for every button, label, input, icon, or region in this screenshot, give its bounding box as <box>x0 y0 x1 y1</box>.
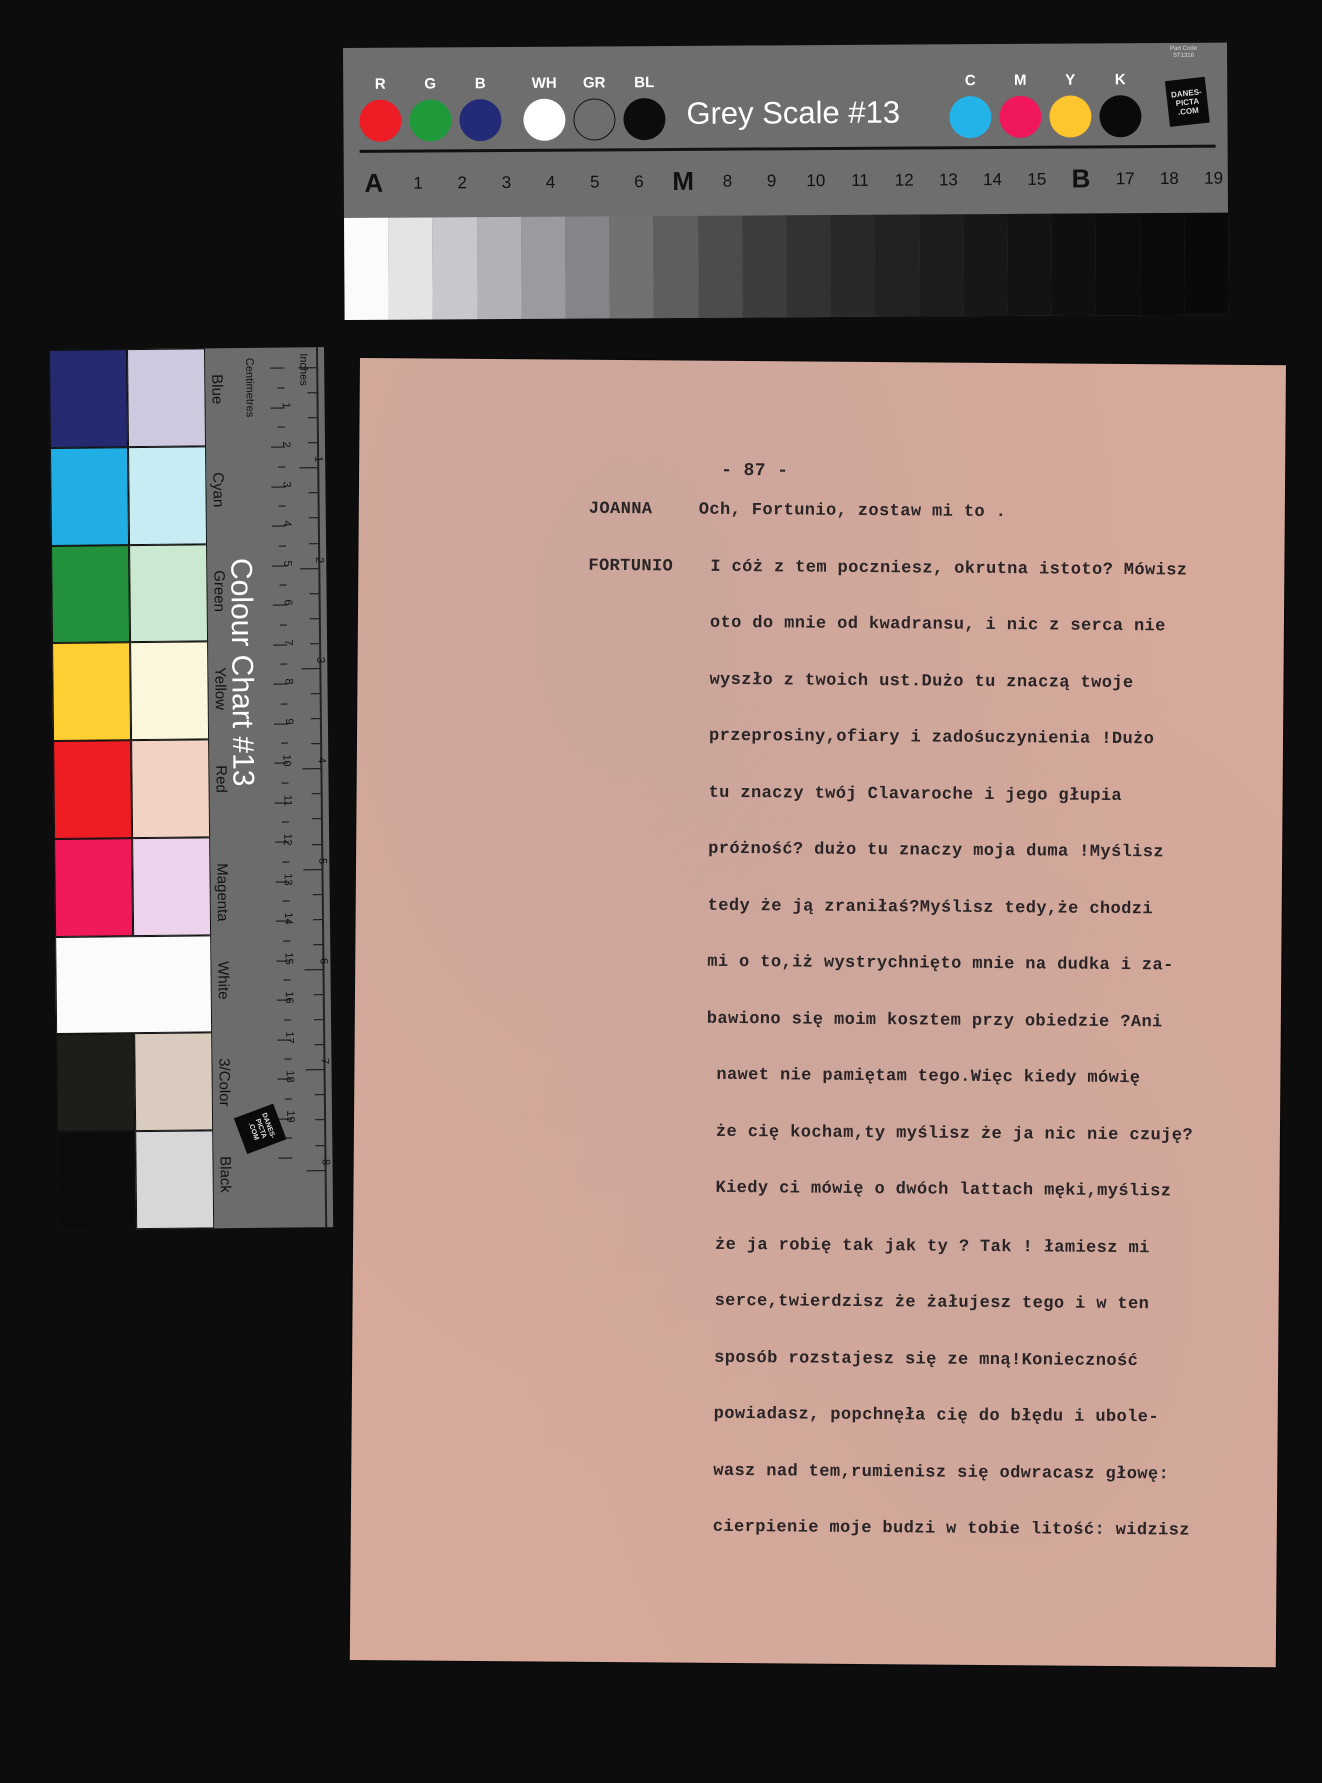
cm-tick-label: 13 <box>281 873 293 885</box>
patch-cyan-dark <box>50 447 129 546</box>
color-dot-label: GR <box>569 74 619 91</box>
grey-step <box>388 217 433 319</box>
ruler-tick <box>279 506 286 507</box>
ruler-tick <box>278 1157 292 1158</box>
ruler-tick <box>283 940 290 941</box>
step-label: 10 <box>794 171 838 191</box>
patch-blue-light <box>127 348 206 447</box>
dialogue-line: oto do mnie od kwadransu, i nic z serca … <box>710 614 1166 637</box>
typewritten-page: - 87 - JOANNAOch, Fortunio, zostaw mi to… <box>350 358 1286 1667</box>
cm-tick-label: 8 <box>282 678 294 684</box>
ruler-tick <box>304 969 322 970</box>
cm-tick-label: 6 <box>282 599 294 605</box>
ruler-tick <box>280 624 287 625</box>
patch-magenta-light <box>132 837 211 936</box>
ruler-tick <box>301 668 319 669</box>
dialogue-line: przeprosiny,ofiary i zadośuczynienia !Du… <box>709 727 1154 749</box>
danes-picta-logo: DANES-PICTA .COM <box>234 1104 287 1154</box>
grey-step <box>919 214 964 316</box>
patch-red-light <box>131 739 210 838</box>
ruler-tick <box>308 417 317 418</box>
dialogue-line: bawiono się moim kosztem przy obiedzie ?… <box>707 1009 1163 1032</box>
ruler-tick <box>282 782 289 783</box>
step-label: 17 <box>1103 169 1147 189</box>
grey-step <box>874 214 919 316</box>
dialogue-line: sposób rozstajesz się ze mną!Konieczność <box>714 1348 1138 1370</box>
unit-centimetres: Centimetres <box>243 358 256 417</box>
ruler-tick <box>298 367 316 368</box>
grey-step <box>963 214 1008 316</box>
dialogue-line: próżność? dużo tu znaczy moja duma !Myśl… <box>708 840 1164 863</box>
step-label: 6 <box>617 172 661 192</box>
grey-step <box>786 215 831 317</box>
ruler-tick <box>278 427 285 428</box>
color-dot-m <box>999 96 1041 138</box>
danes-picta-logo: DANES-PICTA .COM <box>1165 77 1210 127</box>
ruler-tick <box>285 1098 292 1099</box>
ruler-tick <box>307 1170 325 1171</box>
ruler-tick <box>279 585 286 586</box>
step-label: 12 <box>882 170 926 190</box>
step-label: 14 <box>971 170 1015 190</box>
ruler-tick <box>280 664 287 665</box>
ruler-tick <box>313 919 322 920</box>
cm-tick-label: 1 <box>279 402 291 408</box>
color-dot-label: BL <box>619 74 669 91</box>
cm-tick-label: 12 <box>281 833 293 845</box>
color-dot-wh <box>523 99 565 141</box>
color-dot-label: Y <box>1045 71 1095 88</box>
patch-3-color-dark <box>56 1034 135 1133</box>
ruler-tick <box>282 822 289 823</box>
ruler-tick <box>312 819 321 820</box>
step-labels: A123456M89101112131415B171819 <box>356 169 1216 204</box>
ruler-tick <box>281 743 288 744</box>
color-dot-label: WH <box>519 75 569 92</box>
page-number: - 87 - <box>721 461 788 482</box>
ruler-tick <box>314 1044 323 1045</box>
cm-tick-label: 14 <box>282 912 294 924</box>
ruler-tick <box>315 1120 324 1121</box>
ruler-tick <box>283 901 290 902</box>
patch-name: Black <box>216 1156 233 1193</box>
ruler-tick <box>310 618 319 619</box>
inch-tick-label: 1 <box>312 456 324 462</box>
color-dot-g <box>409 99 451 141</box>
patch-green-dark <box>51 545 130 644</box>
step-label: 9 <box>750 171 794 191</box>
colour-chart-title: Colour Chart #13 <box>223 558 259 787</box>
ruler-tick <box>278 466 285 467</box>
grey-step <box>742 215 787 317</box>
greyscale-title: Grey Scale #13 <box>686 95 900 132</box>
color-dot-label: M <box>995 72 1045 89</box>
step-label: 5 <box>573 172 617 192</box>
unit-inches: Inches <box>297 353 309 386</box>
grey-step <box>1184 213 1229 315</box>
grey-step <box>698 216 743 318</box>
ruler-tick <box>303 869 321 870</box>
patch-black-light <box>135 1131 214 1230</box>
colour-chart-target: Centimetres Inches Colour Chart #13 DANE… <box>49 347 333 1230</box>
patch-magenta-dark <box>54 838 133 937</box>
patch-red-dark <box>53 740 132 839</box>
ruler-tick <box>312 794 321 795</box>
step-label: 1 <box>396 173 440 193</box>
cm-tick-label: 2 <box>280 441 292 447</box>
grey-step-strip <box>344 213 1229 320</box>
step-label: 18 <box>1147 169 1191 189</box>
part-code: Part Code ST1316 <box>1170 46 1197 60</box>
colour-patch-grid <box>49 348 214 1230</box>
color-dot-y <box>1049 95 1091 137</box>
grey-step <box>1051 213 1096 315</box>
cm-tick-label: 7 <box>282 639 294 645</box>
ruler-tick <box>279 545 286 546</box>
ruler-tick <box>270 368 284 369</box>
grey-step <box>565 216 610 318</box>
ruler-tick <box>307 392 316 393</box>
grey-step <box>1140 213 1185 315</box>
divider <box>360 145 1216 153</box>
step-label: 13 <box>926 170 970 190</box>
greyscale-target: Part Code ST1316 RGBWHGRBLCMYK Grey Scal… <box>343 43 1229 320</box>
inch-tick-label: 4 <box>315 757 327 763</box>
cm-tick-label: 15 <box>282 952 294 964</box>
color-dot-c <box>949 96 991 138</box>
patch-name: Red <box>212 765 229 793</box>
cm-tick-label: 17 <box>283 1031 295 1043</box>
dialogue-line: powiadasz, popchnęła cię do błędu i ubol… <box>714 1405 1159 1427</box>
step-label: 4 <box>529 173 573 193</box>
patch-blue-dark <box>49 349 128 448</box>
patch-3-color-light <box>134 1033 213 1132</box>
grey-step <box>477 217 522 319</box>
speaker-name: JOANNA <box>589 500 653 519</box>
dialogue-line: mi o to,iż wystrychnięto mnie na dudka i… <box>707 953 1174 976</box>
ruler-tick <box>306 1069 324 1070</box>
grey-step <box>830 215 875 317</box>
ruler-tick <box>314 994 323 995</box>
inch-tick-label: 8 <box>319 1159 331 1165</box>
dialogue-line: wasz nad tem,rumienisz się odwracasz gło… <box>713 1461 1169 1484</box>
grey-step <box>344 218 389 320</box>
grey-step <box>521 217 566 319</box>
grey-step <box>609 216 654 318</box>
grey-step <box>1007 214 1052 316</box>
patch-yellow-light <box>130 642 209 741</box>
ruler-tick <box>277 387 284 388</box>
ruler-tick <box>309 543 318 544</box>
ruler-tick <box>311 718 320 719</box>
grey-step <box>653 216 698 318</box>
dialogue-line: Kiedy ci mówię o dwóch lattach męki,myśl… <box>715 1179 1171 1202</box>
cm-tick-label: 19 <box>284 1110 296 1122</box>
ruler-tick <box>310 593 319 594</box>
ruler-tick <box>314 1019 323 1020</box>
ruler-tick <box>315 1095 324 1096</box>
step-label: M <box>661 166 705 197</box>
color-dot-k <box>1099 95 1141 137</box>
color-dot-label: K <box>1095 71 1145 88</box>
color-dot-b <box>459 99 501 141</box>
color-dot-label: C <box>945 72 995 89</box>
patch-name: Magenta <box>213 863 231 922</box>
patch-yellow-dark <box>52 642 131 741</box>
dialogue-line: nawet nie pamiętam tego.Więc kiedy mówię <box>716 1066 1140 1088</box>
inch-tick-label: 7 <box>318 1058 330 1064</box>
dialogue-line: Och, Fortunio, zostaw mi to . <box>699 501 1007 522</box>
inch-tick-label: 5 <box>316 858 328 864</box>
dialogue-line: serce,twierdzisz że żałujesz tego i w te… <box>715 1292 1150 1314</box>
patch-cyan-light <box>128 446 207 545</box>
part-code-value: ST1316 <box>1170 53 1197 60</box>
speaker-name: FORTUNIO <box>588 556 673 576</box>
cm-tick-label: 16 <box>283 991 295 1003</box>
cm-tick-label: 5 <box>281 560 293 566</box>
ruler-tick <box>309 493 318 494</box>
grey-step <box>1095 213 1140 315</box>
color-dot-gr <box>573 98 615 140</box>
patch-white <box>55 935 212 1034</box>
dialogue-line: I cóż z tem poczniesz, okrutna istoto? M… <box>710 557 1187 580</box>
ruler-tick <box>309 518 318 519</box>
patch-name: White <box>214 961 231 1000</box>
cm-tick-label: 10 <box>280 754 292 766</box>
ruler-tick <box>299 468 317 469</box>
step-label: 2 <box>440 173 484 193</box>
ruler-tick <box>284 980 291 981</box>
grey-step <box>432 217 477 319</box>
inch-tick-label: 3 <box>314 657 326 663</box>
ruler-tick <box>310 643 319 644</box>
ruler-tick <box>312 844 321 845</box>
dialogue-line: tedy że ją zraniłaś?Myślisz tedy,że chod… <box>708 896 1153 918</box>
color-dot-bl <box>623 98 665 140</box>
cm-tick-label: 3 <box>280 481 292 487</box>
ruler-tick <box>300 568 318 569</box>
dialogue-line: że cię kocham,ty myślisz że ja nic nie c… <box>716 1122 1193 1145</box>
step-label: 3 <box>484 173 528 193</box>
cm-tick-label: 9 <box>283 718 295 724</box>
step-label: 19 <box>1192 169 1236 189</box>
color-dot-label: R <box>355 76 405 93</box>
ruler-tick <box>308 442 317 443</box>
inch-tick-label: 6 <box>317 958 329 964</box>
step-label: 8 <box>705 172 749 192</box>
inch-tick-label: 2 <box>313 557 325 563</box>
ruler-tick <box>285 1138 292 1139</box>
step-label: 15 <box>1015 170 1059 190</box>
patch-name: 3/Color <box>215 1059 233 1108</box>
step-label: 11 <box>838 171 882 191</box>
color-dot-label: G <box>405 75 455 92</box>
ruler: Centimetres Inches Colour Chart #13 DANE… <box>205 347 333 1228</box>
step-label: A <box>352 168 396 199</box>
ruler-tick <box>311 693 320 694</box>
ruler-tick <box>282 861 289 862</box>
cm-tick-label: 11 <box>281 794 293 806</box>
step-label: B <box>1059 163 1103 194</box>
patch-name: Blue <box>208 374 225 404</box>
patch-black-dark <box>57 1131 136 1230</box>
ruler-tick <box>284 1019 291 1020</box>
ruler-tick <box>313 944 322 945</box>
patch-name: Cyan <box>209 472 226 507</box>
ruler-tick <box>315 1145 324 1146</box>
patch-name: Green <box>210 570 227 612</box>
ruler-tick <box>281 703 288 704</box>
color-dot-r <box>359 100 401 142</box>
ruler-tick <box>284 1059 291 1060</box>
ruler-tick <box>313 894 322 895</box>
dialogue-line: wyszło z twoich ust.Dużo tu znaczą twoje <box>709 670 1133 692</box>
dialogue-line: że ja robię tak jak ty ? Tak ! łamiesz m… <box>715 1235 1150 1257</box>
patch-green-light <box>129 544 208 643</box>
dialogue-line: cierpienie moje budzi w tobie litość: wi… <box>713 1518 1190 1541</box>
ruler-tick <box>302 768 320 769</box>
cm-tick-label: 18 <box>283 1070 295 1082</box>
color-dot-label: B <box>455 75 505 92</box>
dialogue-line: tu znaczy twój Clavaroche i jego głupia <box>709 783 1123 805</box>
cm-tick-label: 4 <box>281 520 293 526</box>
patch-name: Yellow <box>211 667 228 710</box>
ruler-tick <box>311 743 320 744</box>
